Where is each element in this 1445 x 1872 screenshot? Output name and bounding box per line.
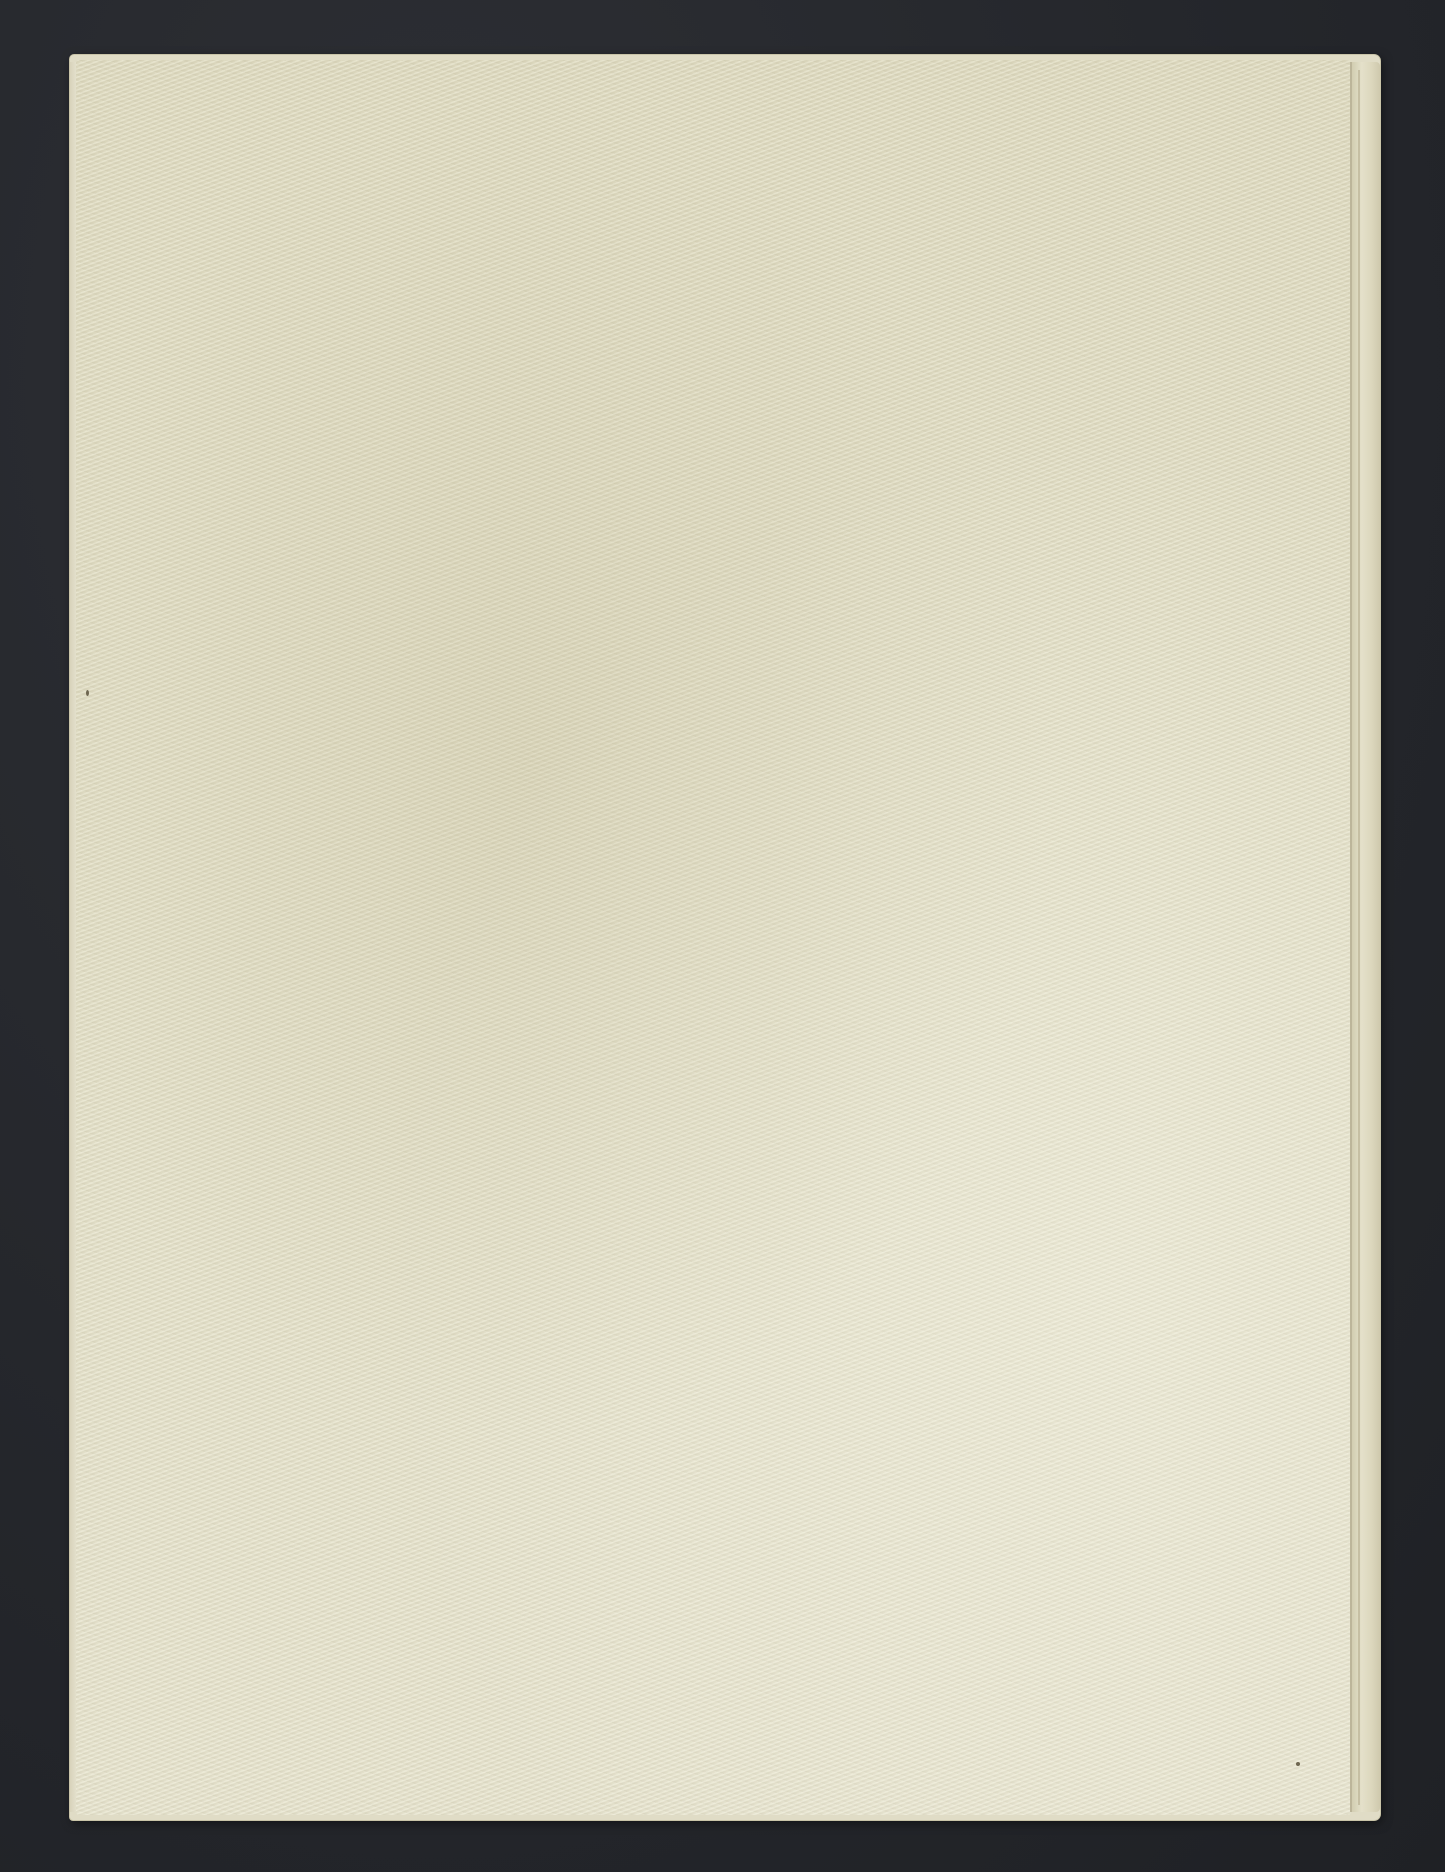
cover-blemish [1296,1762,1300,1766]
book-spine-edge [1350,62,1380,1812]
book-cover [76,60,1351,1815]
cover-blemish [86,690,89,696]
spine-groove [1358,70,1360,1805]
